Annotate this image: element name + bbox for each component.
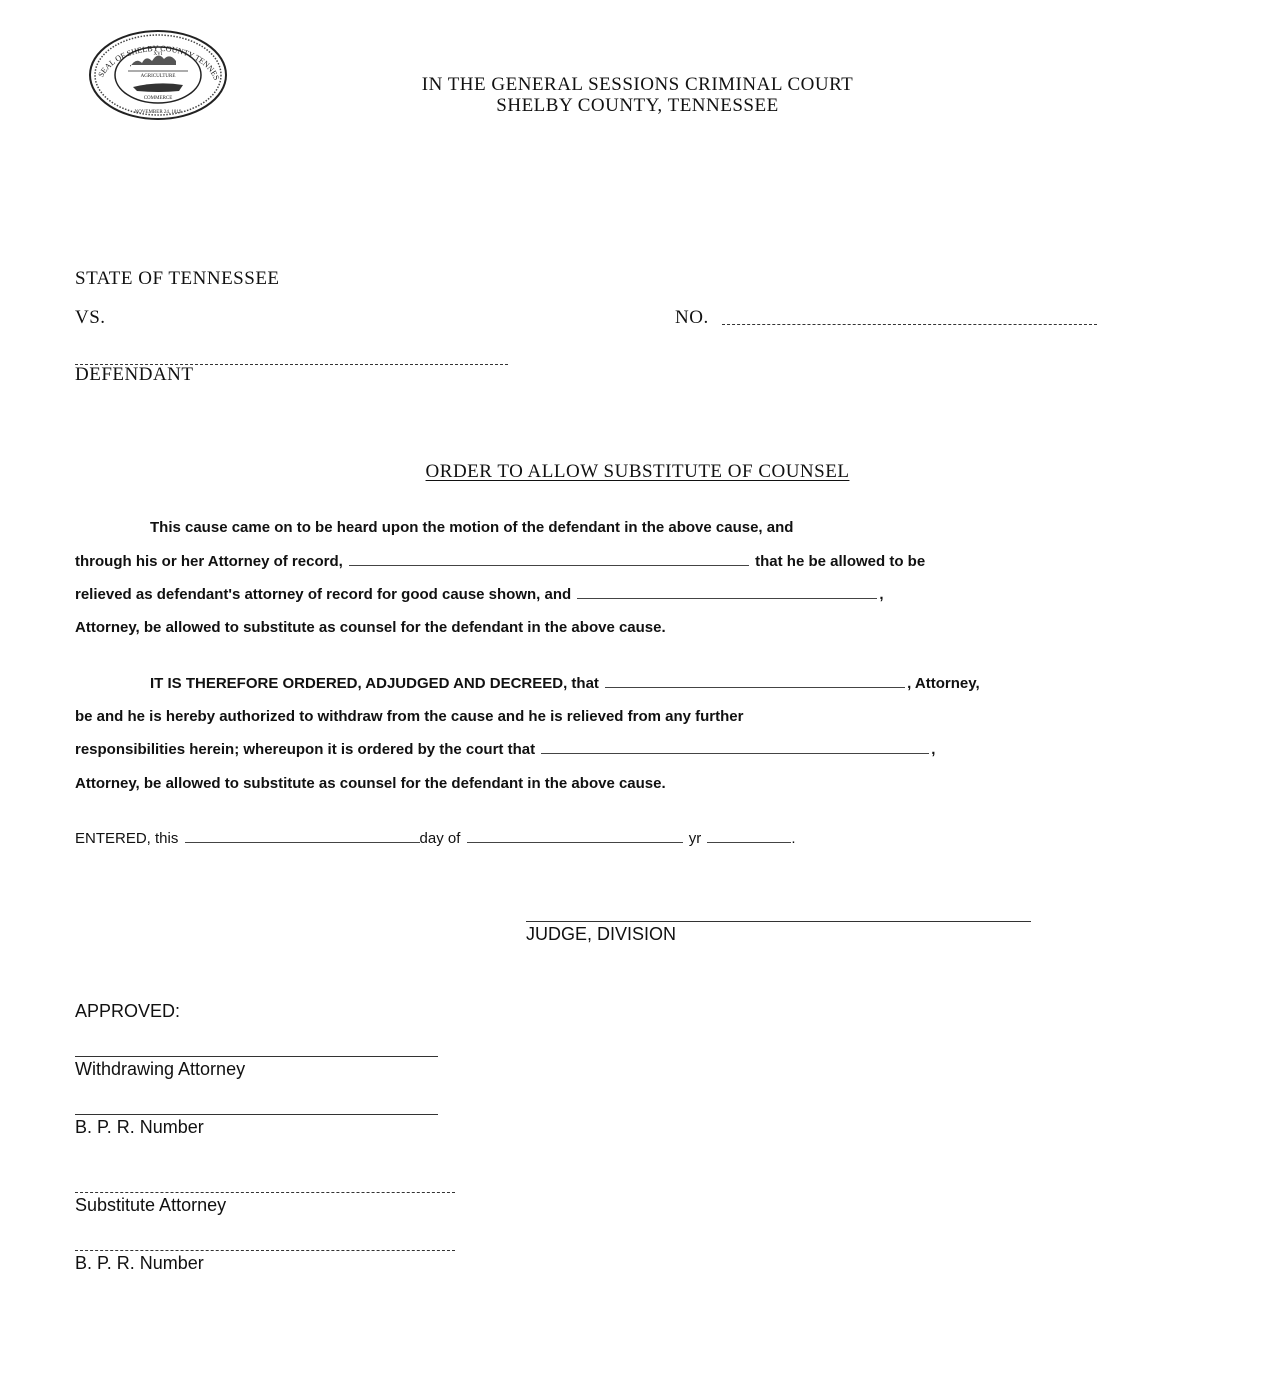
svg-text:NOVEMBER 24, 1819: NOVEMBER 24, 1819 [135,110,182,115]
substitute-attorney-field-1[interactable] [577,586,877,599]
para2-line1: IT IS THEREFORE ORDERED, ADJUDGED AND DE… [150,675,980,692]
bpr-number-label-2: B. P. R. Number [75,1253,204,1274]
county-seal-icon: THE SEAL OF SHELBY COUNTY TENNESSEE XVI … [88,29,228,121]
bpr-number-line-1[interactable] [75,1114,438,1115]
substitute-attorney-label: Substitute Attorney [75,1195,226,1216]
para2-line4: Attorney, be allowed to substitute as co… [75,775,666,792]
bpr-number-line-2[interactable] [75,1250,455,1251]
substitute-attorney-signature-line[interactable] [75,1192,455,1193]
bpr-number-label-1: B. P. R. Number [75,1117,204,1138]
order-title: ORDER TO ALLOW SUBSTITUTE OF COUNSEL [350,461,925,483]
para2-line2: be and he is hereby authorized to withdr… [75,708,743,725]
withdrawing-attorney-field[interactable] [605,675,905,688]
entered-year-field[interactable] [707,830,791,843]
judge-division-label: JUDGE, DIVISION [526,924,676,945]
entered-month-field[interactable] [467,830,683,843]
para1-line1: This cause came on to be heard upon the … [150,519,793,536]
withdrawing-attorney-label: Withdrawing Attorney [75,1059,245,1080]
plaintiff-label: STATE OF TENNESSEE [75,268,280,290]
case-number-field[interactable] [722,324,1097,325]
court-county: SHELBY COUNTY, TENNESSEE [350,95,925,116]
substitute-attorney-field-2[interactable] [541,741,929,754]
para1-line4: Attorney, be allowed to substitute as co… [75,619,666,636]
withdrawing-attorney-signature-line[interactable] [75,1056,438,1057]
judge-signature-line[interactable] [526,921,1031,922]
defendant-label: DEFENDANT [75,364,194,386]
attorney-of-record-field[interactable] [349,553,749,566]
approved-label: APPROVED: [75,1001,180,1022]
entered-line: ENTERED, this day of yr . [75,830,796,847]
case-number-label: NO. [675,307,709,329]
versus-label: VS. [75,307,106,329]
para1-line3: relieved as defendant's attorney of reco… [75,586,884,603]
svg-text:COMMERCE: COMMERCE [144,96,173,101]
entered-day-field[interactable] [185,830,420,843]
svg-text:AGRICULTURE: AGRICULTURE [141,74,176,79]
court-name: IN THE GENERAL SESSIONS CRIMINAL COURT [350,74,925,95]
para2-line3: responsibilities herein; whereupon it is… [75,741,935,758]
para1-line2: through his or her Attorney of record, t… [75,553,925,570]
